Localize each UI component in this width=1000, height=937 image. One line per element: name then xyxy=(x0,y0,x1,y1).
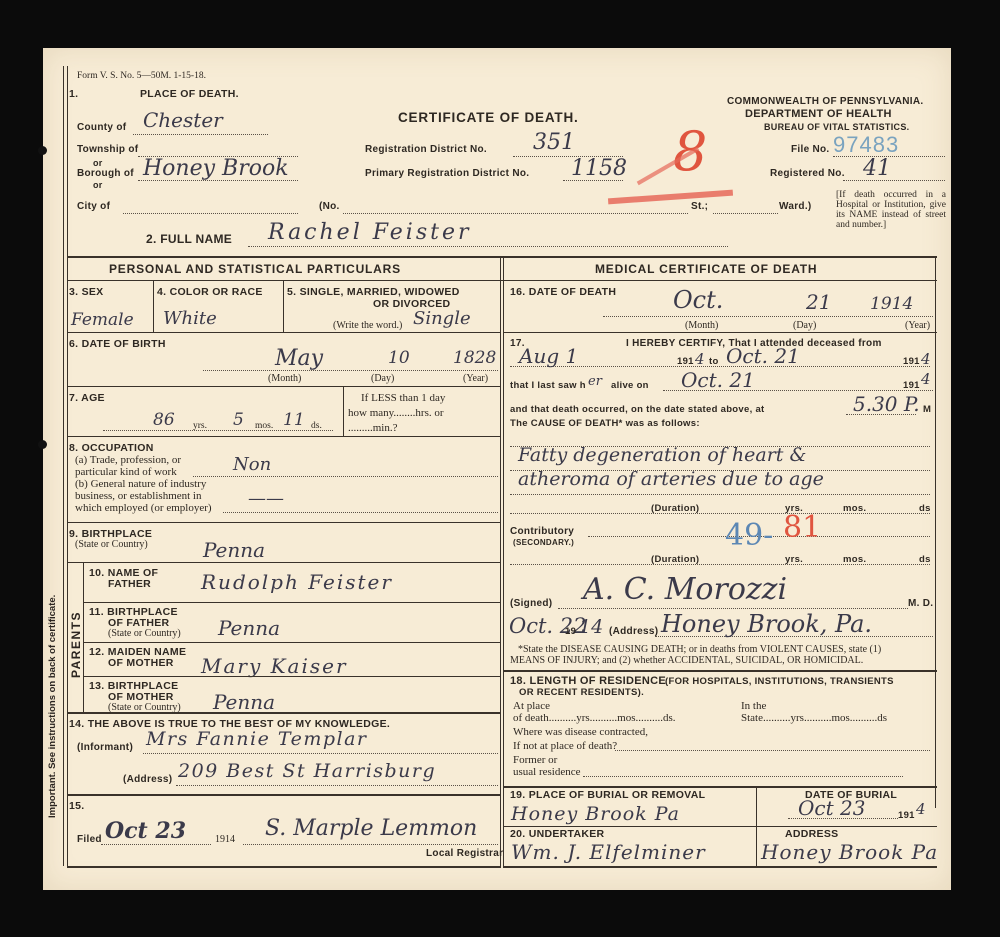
occupation-value: Non xyxy=(233,454,271,475)
age-years: 86 xyxy=(153,410,175,430)
dob-month: May xyxy=(275,346,323,371)
place-of-death-heading: PLACE OF DEATH. xyxy=(140,88,239,100)
primary-district-label: Primary Registration District No. xyxy=(365,168,529,179)
street-number-label: (No. xyxy=(319,201,340,212)
marital-label-1: 5. SINGLE, MARRIED, WIDOWED xyxy=(287,286,460,298)
death-time-text: and that death occurred, on the date sta… xyxy=(510,404,765,415)
dod-month: Oct. xyxy=(673,286,723,314)
issuer-line-3: BUREAU OF VITAL STATISTICS. xyxy=(764,122,909,132)
race-label: 4. COLOR OR RACE xyxy=(157,286,263,298)
ward-label: Ward.) xyxy=(779,201,812,212)
undertaker-address-label: ADDRESS xyxy=(785,828,838,840)
place-of-death-number: 1. xyxy=(69,88,78,100)
file-number-stamp: 97483 xyxy=(833,132,899,158)
father-birthplace-value: Penna xyxy=(218,616,280,640)
borough-label: Borough of xyxy=(77,168,134,179)
mother-birthplace-value: Penna xyxy=(213,690,275,714)
marital-value: Single xyxy=(413,308,471,329)
dob-label: 6. DATE OF BIRTH xyxy=(69,338,166,350)
undertaker-address-value: Honey Brook Pa xyxy=(761,840,938,864)
burial-date-value: Oct 23 xyxy=(798,796,865,820)
burial-place-value: Honey Brook Pa xyxy=(511,803,680,825)
code-red: 81 xyxy=(783,510,821,545)
left-border xyxy=(63,66,64,866)
marital-hint: (Write the word.) xyxy=(333,320,402,332)
file-number-label: File No. xyxy=(791,144,830,155)
informant-address-value: 209 Best St Harrisburg xyxy=(178,760,436,782)
father-name-value: Rudolph Feister xyxy=(201,570,393,594)
cause-label: The CAUSE OF DEATH* was as follows: xyxy=(510,418,700,429)
center-divider-inner xyxy=(503,256,504,868)
form-id: Form V. S. No. 5—50M. 1-15-18. xyxy=(77,70,206,82)
punch-hole xyxy=(38,146,47,155)
hospital-note: [If death occurred in a Hospital or Inst… xyxy=(836,190,946,230)
right-border xyxy=(935,256,936,808)
county-value: Chester xyxy=(143,108,223,132)
dod-day: 21 xyxy=(806,290,831,314)
borough-value: Honey Brook xyxy=(143,156,289,181)
undertaker-value: Wm. J. Elfelminer xyxy=(511,840,706,864)
medical-heading: MEDICAL CERTIFICATE OF DEATH xyxy=(595,262,817,276)
informant-value: Mrs Fannie Templar xyxy=(146,728,368,750)
residence-label: 18. LENGTH OF RESIDENCE xyxy=(510,675,666,687)
township-label: Township of xyxy=(77,144,138,155)
attended-to: Oct. 21 xyxy=(726,344,800,368)
code-blue: 49- xyxy=(725,518,773,553)
age-days: 11 xyxy=(283,410,305,430)
street-label: St.; xyxy=(691,201,708,212)
physician-address: Honey Brook, Pa. xyxy=(661,610,872,638)
full-name-label: 2. FULL NAME xyxy=(146,232,232,246)
cause-line-1: Fatty degeneration of heart & xyxy=(518,444,806,466)
birthplace-value: Penna xyxy=(203,538,265,562)
full-name-value: Rachel Feister xyxy=(268,220,472,245)
personal-heading: PERSONAL AND STATISTICAL PARTICULARS xyxy=(109,262,401,276)
sex-label: 3. SEX xyxy=(69,286,103,298)
primary-district-value: 1158 xyxy=(571,156,627,181)
registered-number-value: 41 xyxy=(863,156,891,181)
industry-value: —— xyxy=(248,488,284,509)
side-instructions: Important. See instructions on back of c… xyxy=(47,595,58,818)
occupation-label: 8. OCCUPATION xyxy=(69,442,154,454)
last-saw-date: Oct. 21 xyxy=(681,368,755,392)
registrar-signature: S. Marple Lemmon xyxy=(265,816,477,841)
age-label: 7. AGE xyxy=(69,392,105,404)
registered-number-label: Registered No. xyxy=(770,168,845,179)
physician-signature: A. C. Morozzi xyxy=(583,572,787,607)
cause-line-2: atheroma of arteries due to age xyxy=(518,468,824,490)
punch-hole xyxy=(38,440,47,449)
issuer-line-1: COMMONWEALTH OF PENNSYLVANIA. xyxy=(727,96,923,107)
death-time-value: 5.30 P. xyxy=(853,392,920,416)
city-label: City of xyxy=(77,201,110,212)
dob-day: 10 xyxy=(388,348,410,368)
attended-from: Aug 1 xyxy=(519,344,578,368)
undertaker-label: 20. UNDERTAKER xyxy=(510,828,604,840)
issuer-line-2: DEPARTMENT OF HEALTH xyxy=(745,108,892,120)
registration-district-label: Registration District No. xyxy=(365,144,487,155)
filed-date-value: Oct 23 xyxy=(105,818,186,844)
dob-year: 1828 xyxy=(453,348,496,368)
mother-name-value: Mary Kaiser xyxy=(201,654,348,678)
age-months: 5 xyxy=(233,410,244,430)
dod-year: 1914 xyxy=(870,294,913,314)
dod-label: 16. DATE OF DEATH xyxy=(510,286,616,298)
left-border-inner xyxy=(67,66,68,866)
burial-place-label: 19. PLACE OF BURIAL OR REMOVAL xyxy=(510,789,705,801)
county-label: County of xyxy=(77,122,126,133)
contributory-label: Contributory xyxy=(510,526,574,537)
registration-district-value: 351 xyxy=(533,130,575,155)
parents-label: PARENTS xyxy=(69,611,83,678)
certificate-title: CERTIFICATE OF DEATH. xyxy=(398,110,579,125)
race-value: White xyxy=(163,308,217,329)
death-certificate: Important. See instructions on back of c… xyxy=(43,48,951,890)
red-strike xyxy=(608,190,733,205)
sex-value: Female xyxy=(71,310,134,330)
